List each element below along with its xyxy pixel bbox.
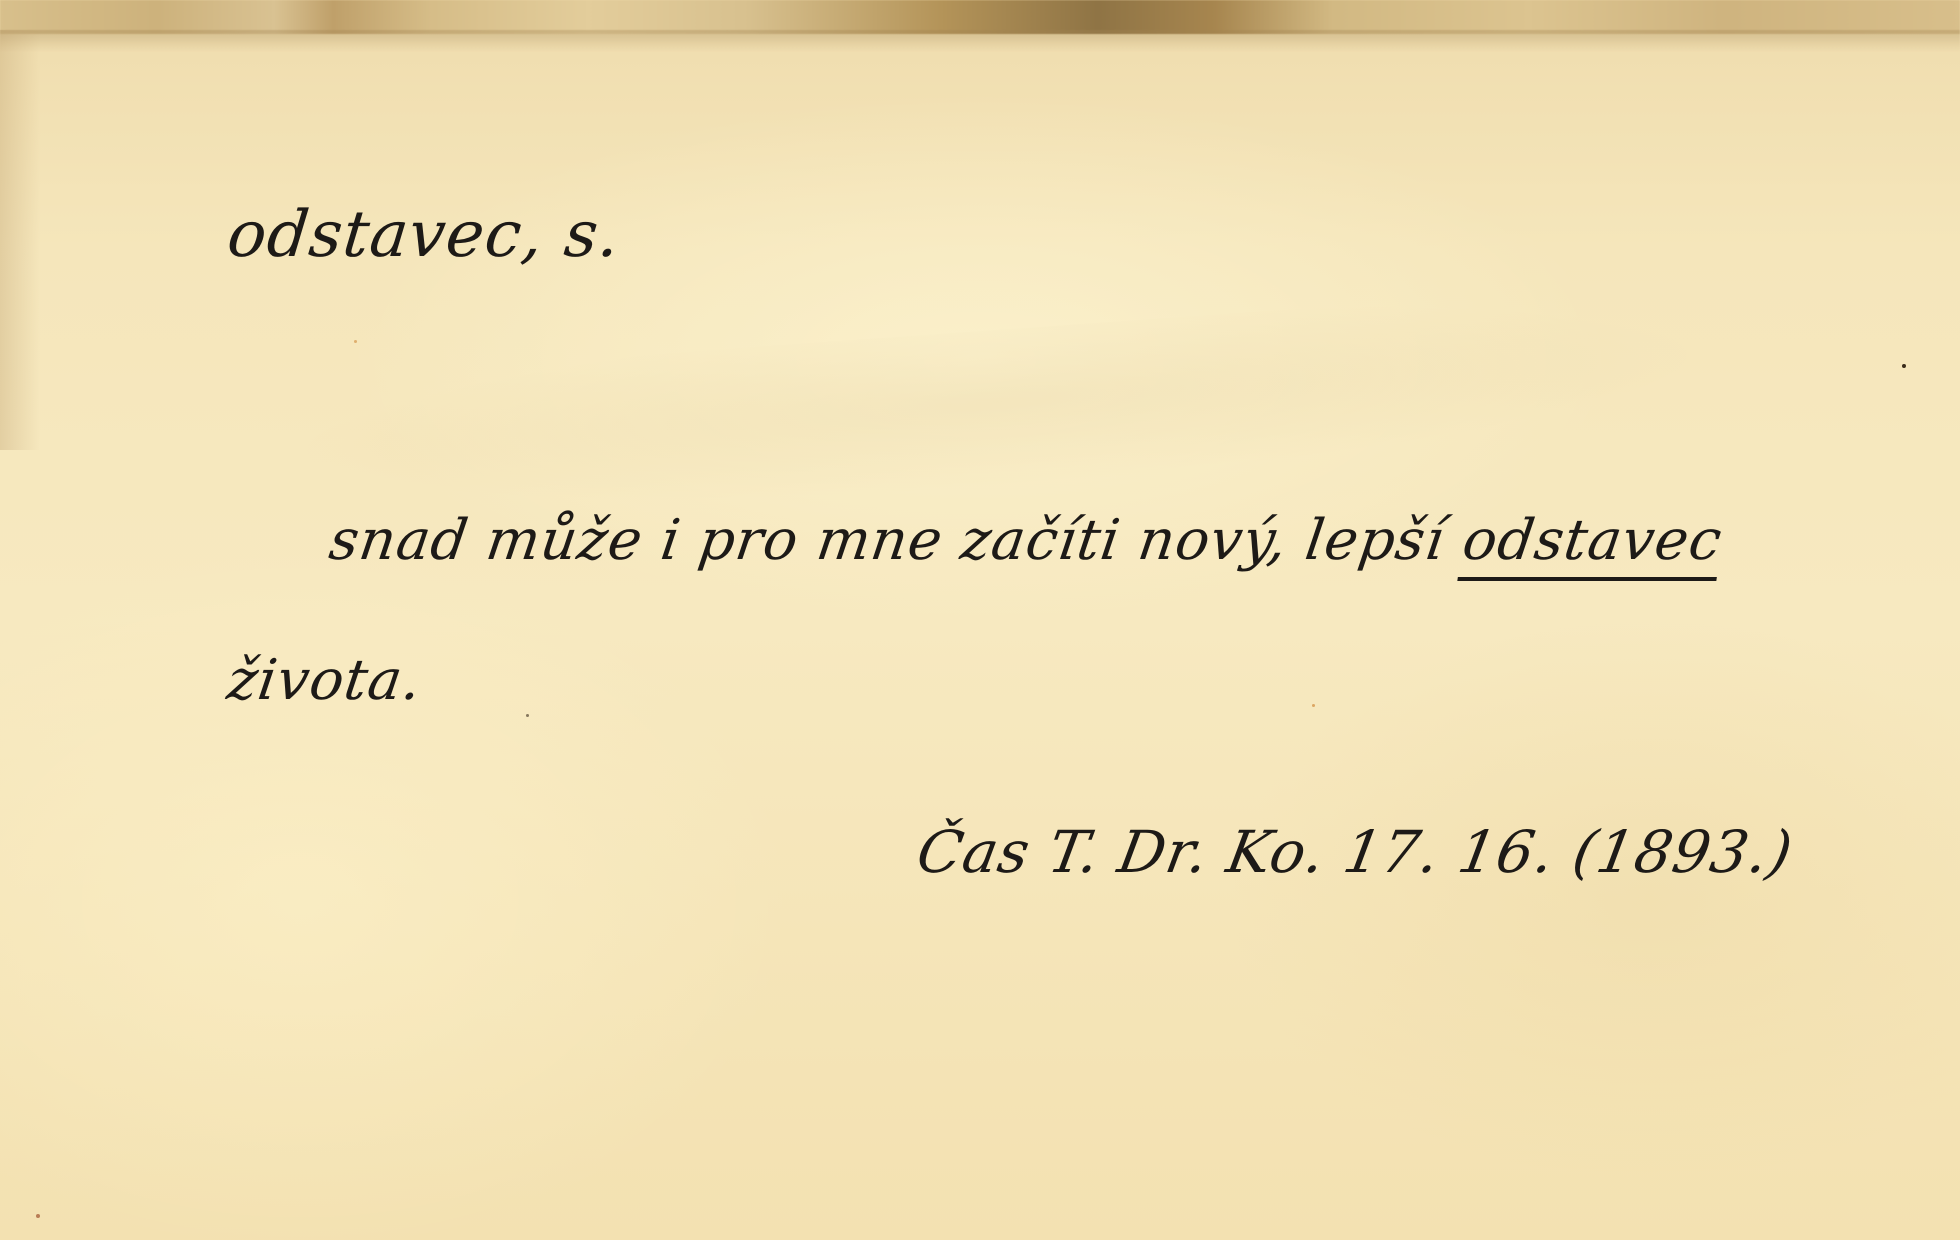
ink-speck <box>526 714 529 717</box>
source-citation: Čas T. Dr. Ko. 17. 16. (1893.) <box>912 818 1798 886</box>
ink-speck <box>36 1214 40 1218</box>
ink-speck <box>1312 704 1315 707</box>
ink-speck <box>1902 364 1906 368</box>
example-sentence-line-2: života. <box>223 648 426 713</box>
card-top-edge <box>0 0 1960 34</box>
ink-speck <box>354 340 357 343</box>
underlined-headword: odstavec <box>1458 508 1727 581</box>
example-sentence-line-1: snad může i pro mne začíti nový, lepší o… <box>325 508 1726 573</box>
index-card: odstavec, s. snad může i pro mne začíti … <box>0 0 1960 1240</box>
paper-fold-shadow <box>0 254 1960 647</box>
example-text: snad může i pro mne začíti nový, lepší <box>325 508 1467 573</box>
headword: odstavec, s. <box>224 198 624 272</box>
paper-shadow <box>0 30 40 450</box>
